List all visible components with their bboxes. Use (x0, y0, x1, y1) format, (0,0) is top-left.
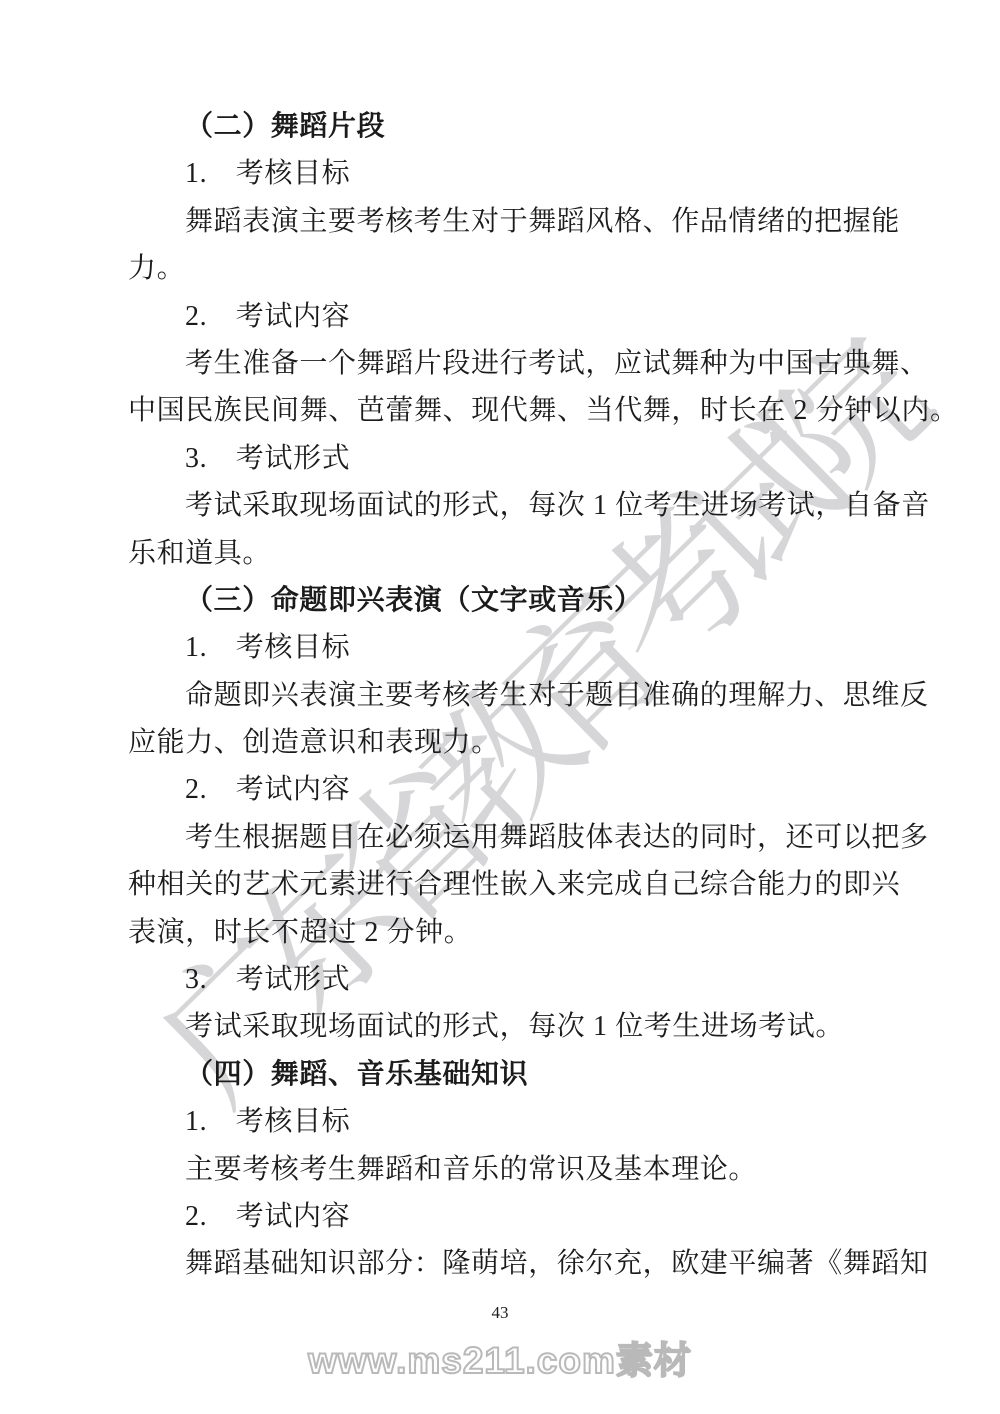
text-line: 应能力、创造意识和表现力。 (128, 719, 960, 766)
text-line: 舞蹈表演主要考核考生对于舞蹈风格、作品情绪的把握能 (128, 198, 960, 245)
text-line: 1. 考核目标 (128, 624, 960, 671)
text-line: （四）舞蹈、音乐基础知识 (128, 1051, 960, 1098)
text-line: 力。 (128, 245, 960, 292)
text-line: 舞蹈基础知识部分：隆萌培，徐尔充，欧建平编著《舞蹈知 (128, 1240, 960, 1287)
text-line: 考试采取现场面试的形式，每次 1 位考生进场考试。 (128, 1003, 960, 1050)
text-line: 3. 考试形式 (128, 956, 960, 1003)
text-line: 考试采取现场面试的形式，每次 1 位考生进场考试，自备音 (128, 482, 960, 529)
text-line: 2. 考试内容 (128, 293, 960, 340)
text-line: （二）舞蹈片段 (128, 103, 960, 150)
text-line: 命题即兴表演主要考核考生对于题目准确的理解力、思维反 (128, 672, 960, 719)
text-line: 2. 考试内容 (128, 766, 960, 813)
text-line: 表演，时长不超过 2 分钟。 (128, 909, 960, 956)
text-line: 考生根据题目在必须运用舞蹈肢体表达的同时，还可以把多 (128, 814, 960, 861)
text-line: 中国民族民间舞、芭蕾舞、现代舞、当代舞，时长在 2 分钟以内。 (128, 387, 960, 434)
text-line: 1. 考核目标 (128, 1098, 960, 1145)
document-body: （二）舞蹈片段1. 考核目标舞蹈表演主要考核考生对于舞蹈风格、作品情绪的把握能力… (128, 103, 960, 1288)
text-line: 3. 考试形式 (128, 435, 960, 482)
text-line: （三）命题即兴表演（文字或音乐） (128, 577, 960, 624)
text-line: 主要考核考生舞蹈和音乐的常识及基本理论。 (128, 1146, 960, 1193)
footer-watermark: www.ms211.com素材 (0, 1330, 1000, 1384)
text-line: 种相关的艺术元素进行合理性嵌入来完成自己综合能力的即兴 (128, 861, 960, 908)
page-number: 43 (0, 1303, 1000, 1323)
text-line: 乐和道具。 (128, 530, 960, 577)
text-line: 考生准备一个舞蹈片段进行考试，应试舞种为中国古典舞、 (128, 340, 960, 387)
text-line: 2. 考试内容 (128, 1193, 960, 1240)
text-line: 1. 考核目标 (128, 150, 960, 197)
document-page: 广东省教育考试院 （二）舞蹈片段1. 考核目标舞蹈表演主要考核考生对于舞蹈风格、… (0, 0, 1000, 1414)
